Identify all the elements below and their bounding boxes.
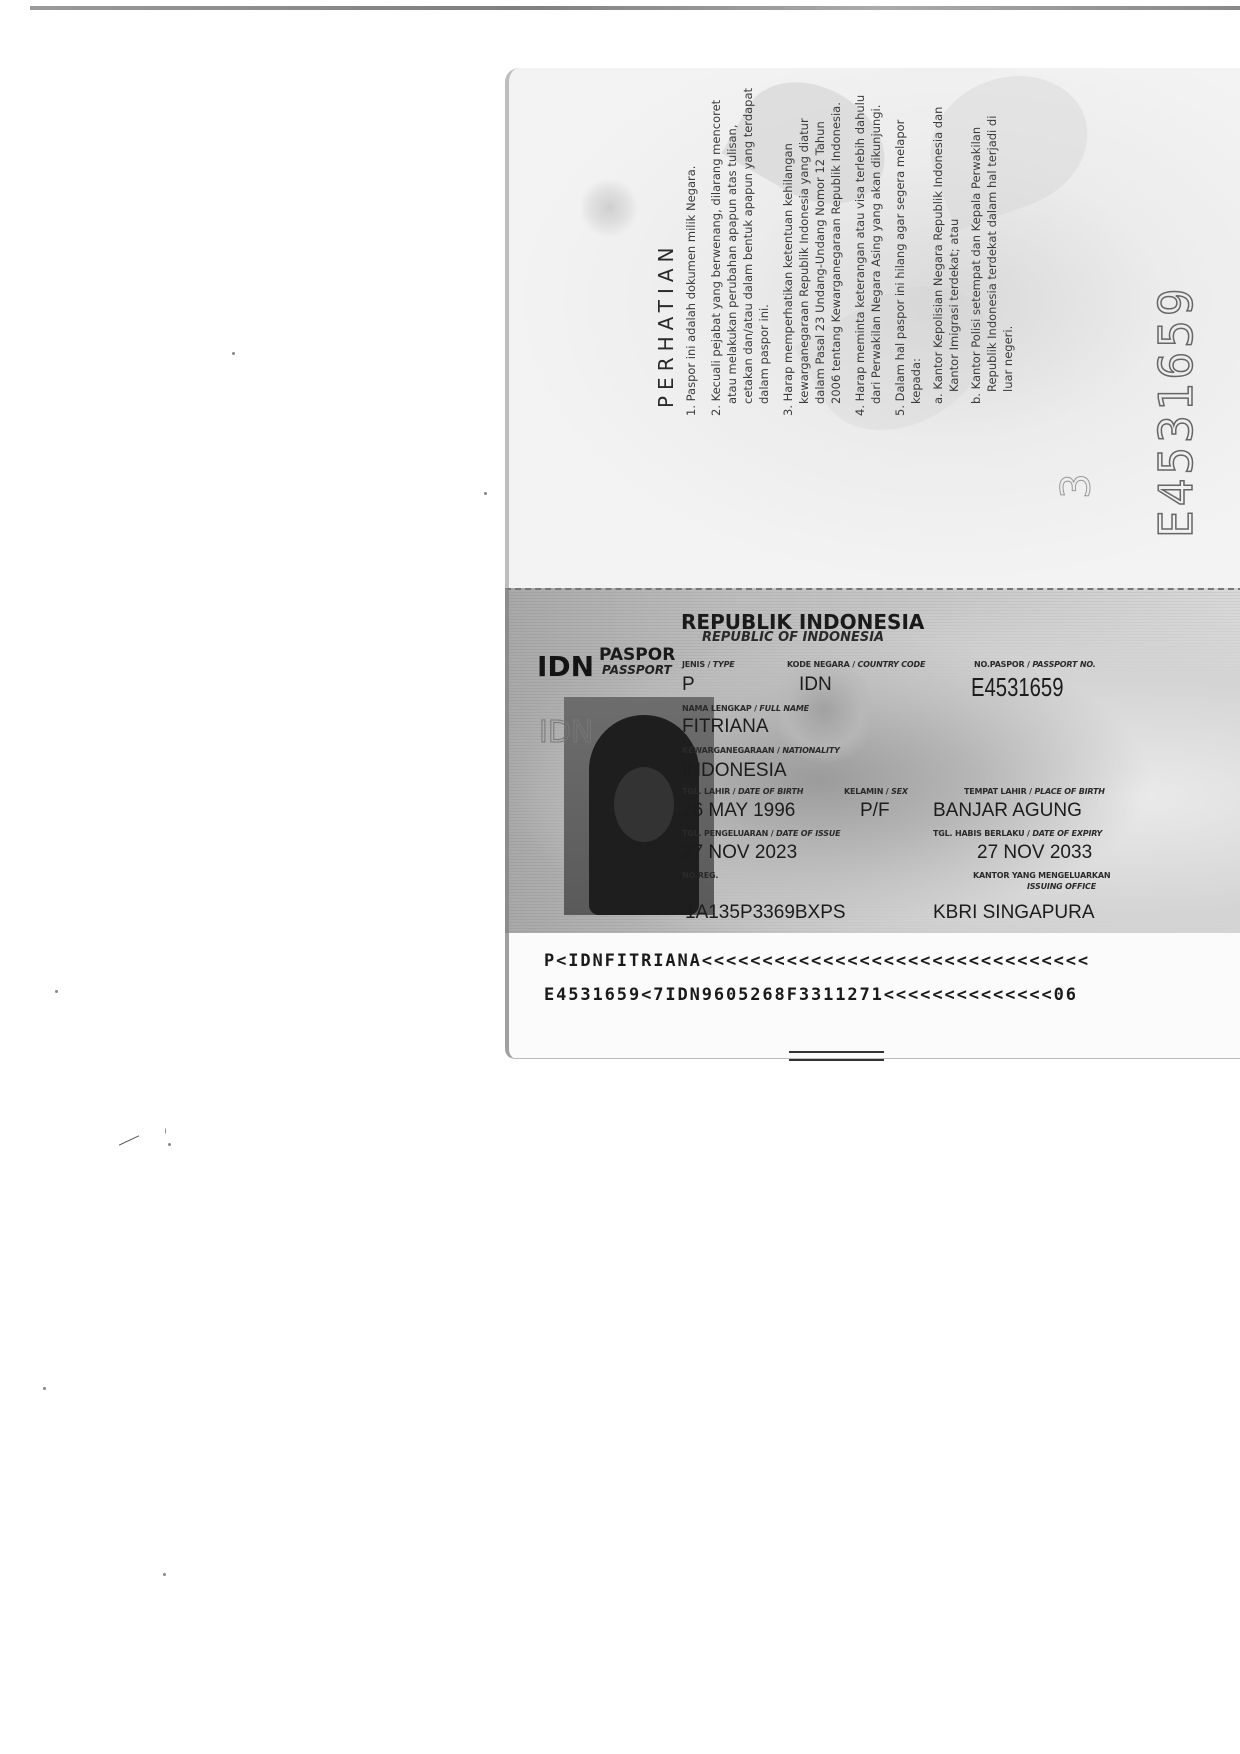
scan-speck [484,492,487,495]
type-value: P [682,674,695,696]
observation-line: 3. Harap memperhatikan ketentuan kehilan… [781,143,795,416]
scan-speck [163,1573,166,1576]
observation-line: 1. Paspor ini adalah dokumen milik Negar… [684,166,698,416]
observation-line: kewarganegaraan Republik Indonesia yang … [797,118,811,404]
passport-no-value: E4531659 [971,672,1063,703]
garuda-emblem-watermark-icon [579,178,639,238]
fold-mark [789,1051,884,1061]
mrz-line-1: P<IDNFITRIANA<<<<<<<<<<<<<<<<<<<<<<<<<<<… [544,951,1090,971]
observation-line: luar negeri. [1001,326,1015,392]
sex-value: P/F [860,800,890,822]
observation-line: dari Perwakilan Negara Asing yang akan d… [869,105,883,404]
page-number: 3 [1054,473,1100,498]
nationality-label: KEWARGANEGARAAN / NATIONALITY [682,746,840,755]
scan-speck [165,1128,166,1134]
country-code-label: KODE NEGARA / COUNTRY CODE [787,660,925,669]
full-name-label: NAMA LENGKAP / FULL NAME [682,704,809,713]
observation-line: dalam paspor ini. [757,304,771,404]
place-of-birth-label: TEMPAT LAHIR / PLACE OF BIRTH [964,787,1105,796]
country-code-heading: IDN [537,650,594,683]
observation-line: dalam Pasal 23 Undang-Undang Nomor 12 Ta… [813,121,827,404]
observation-line: 2006 tentang Kewarganegaraan Republik In… [829,102,843,404]
document-title: PASPOR [599,645,675,665]
photo-face [614,767,674,842]
observation-line: 4. Harap meminta keterangan atau visa te… [853,95,867,416]
observation-line: 5. Dalam hal paspor ini hilang agar sege… [893,120,907,416]
date-of-expiry-label: TGL. HABIS BERLAKU / DATE OF EXPIRY [933,829,1102,838]
sex-label: KELAMIN / SEX [844,787,908,796]
date-of-expiry-value: 27 NOV 2033 [977,842,1092,864]
date-of-birth-value: 26 MAY 1996 [682,800,795,822]
passport-scan: PERHATIAN 1. Paspor ini adalah dokumen m… [505,68,1240,1113]
ghost-idn-overprint: IDN [539,715,593,750]
observation-line: Kantor Imigrasi terdekat; atau [947,219,961,392]
scan-speck [43,1387,46,1390]
scan-top-edge [30,6,1240,10]
full-name-value: FITRIANA [682,716,769,738]
observation-line: a. Kantor Kepolisian Negara Republik Ind… [931,107,945,404]
scan-speck [55,990,58,993]
observations-title: PERHATIAN [654,241,678,408]
issuing-office-label: KANTOR YANG MENGELUARKAN [973,871,1110,880]
scan-speck [168,1143,171,1146]
scan-speck [232,352,235,355]
reg-no-label: NO.REG. [682,871,718,880]
date-of-birth-label: TGL. LAHIR / DATE OF BIRTH [682,787,803,796]
type-label: JENIS / TYPE [682,660,735,669]
observation-line: cetakan dan/atau dalam bentuk apapun yan… [741,88,755,404]
passport-no-label: NO.PASPOR / PASSPORT NO. [974,660,1096,669]
observation-line: b. Kantor Polisi setempat dan Kepala Per… [969,127,983,404]
observation-line: atau melakukan perubahan apapun atas tul… [725,125,739,404]
document-title-en: PASSPORT [602,663,672,677]
observation-line: 2. Kecuali pejabat yang berwenang, dilar… [709,100,723,416]
observation-line: Republik Indonesia terdekat dalam hal te… [985,116,999,392]
mrz-line-2: E4531659<7IDN9605268F3311271<<<<<<<<<<<<… [544,985,1078,1005]
country-code-value: IDN [799,674,832,696]
perforated-passport-number: E4531659 [1149,284,1203,538]
biodata-page: IDN PASPOR PASSPORT REPUBLIK INDONESIA R… [505,588,1240,935]
issuing-state-en: REPUBLIC OF INDONESIA [702,630,884,645]
observation-line: kepada: [909,358,923,404]
reg-no-value: 1A135P3369BXPS [685,902,846,924]
date-of-issue-label: TGL. PENGELUARAN / DATE OF ISSUE [682,829,840,838]
date-of-issue-value: 27 NOV 2023 [682,842,797,864]
issuing-office-value: KBRI SINGAPURA [933,902,1095,924]
issuing-office-label-en: ISSUING OFFICE [1027,882,1096,891]
nationality-value: INDONESIA [682,760,787,782]
observations-page: PERHATIAN 1. Paspor ini adalah dokumen m… [505,68,1240,588]
scan-mark [119,1135,139,1145]
place-of-birth-value: BANJAR AGUNG [933,800,1082,822]
machine-readable-zone: P<IDNFITRIANA<<<<<<<<<<<<<<<<<<<<<<<<<<<… [505,933,1240,1059]
